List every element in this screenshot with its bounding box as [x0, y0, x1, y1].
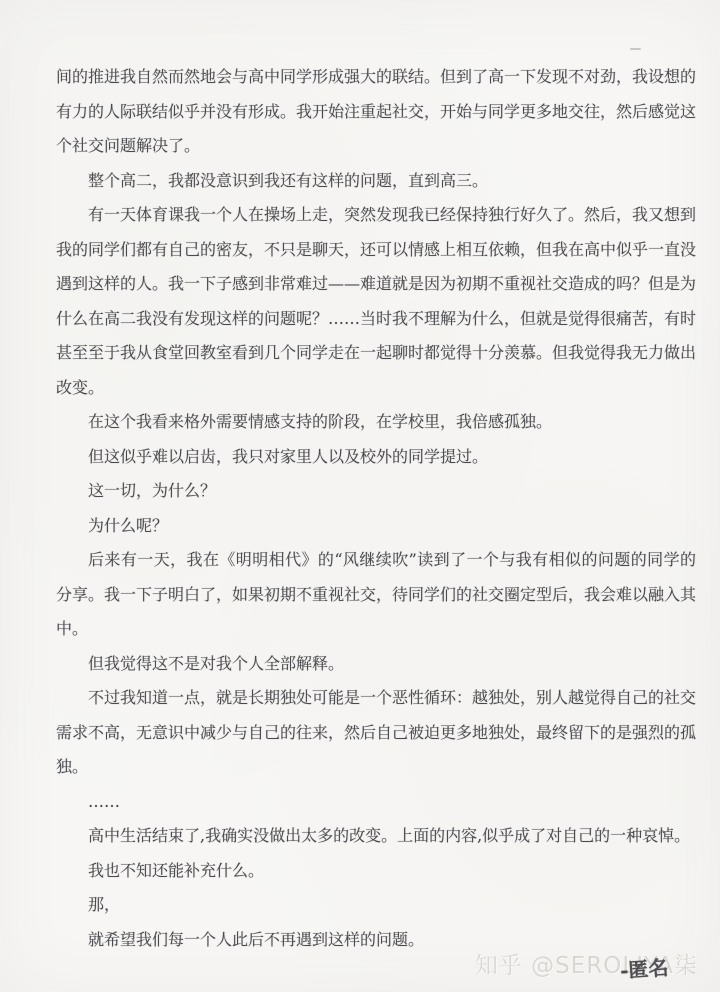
paragraph: 不过我知道一点，就是长期独处可能是一个恶性循环：越独处，别人越觉得自己的社交需求…: [56, 681, 696, 785]
paragraph: 我也不知还能补充什么。: [56, 854, 696, 889]
attribution-signature: -匿名: [619, 951, 669, 983]
paragraph: 那，: [56, 888, 696, 923]
paragraph: 间的推进我自然而然地会与高中同学形成强大的联结。但到了高一下发现不对劲，我设想的…: [56, 60, 696, 164]
paragraph: 高中生活结束了,我确实没做出太多的改变。上面的内容,似乎成了对自己的一种哀悼。: [56, 819, 696, 854]
paragraph: 后来有一天，我在《明明相代》的“风继续吹”读到了一个与我有相似的问题的同学的分享…: [56, 543, 696, 647]
paragraph: 整个高二，我都没意识到我还有这样的问题，直到高三。: [56, 164, 696, 199]
paragraph: 但我觉得这不是对我个人全部解释。: [56, 647, 696, 682]
paragraph: 为什么呢？: [56, 509, 696, 544]
scan-artifact-dash: -: [630, 48, 641, 50]
paragraph: 但这似乎难以启齿，我只对家里人以及校外的同学提过。: [56, 440, 696, 475]
paragraph: 有一天体育课我一个人在操场上走，突然发现我已经保持独行好久了。然后，我又想到我的…: [56, 198, 696, 405]
paragraph: 这一切，为什么？: [56, 474, 696, 509]
paragraph: 在这个我看来格外需要情感支持的阶段，在学校里，我倍感孤独。: [56, 405, 696, 440]
essay-body: 间的推进我自然而然地会与高中同学形成强大的联结。但到了高一下发现不对劲，我设想的…: [56, 60, 696, 957]
paragraph: ……: [56, 785, 696, 820]
scanned-document-page: - 间的推进我自然而然地会与高中同学形成强大的联结。但到了高一下发现不对劲，我设…: [0, 0, 720, 992]
